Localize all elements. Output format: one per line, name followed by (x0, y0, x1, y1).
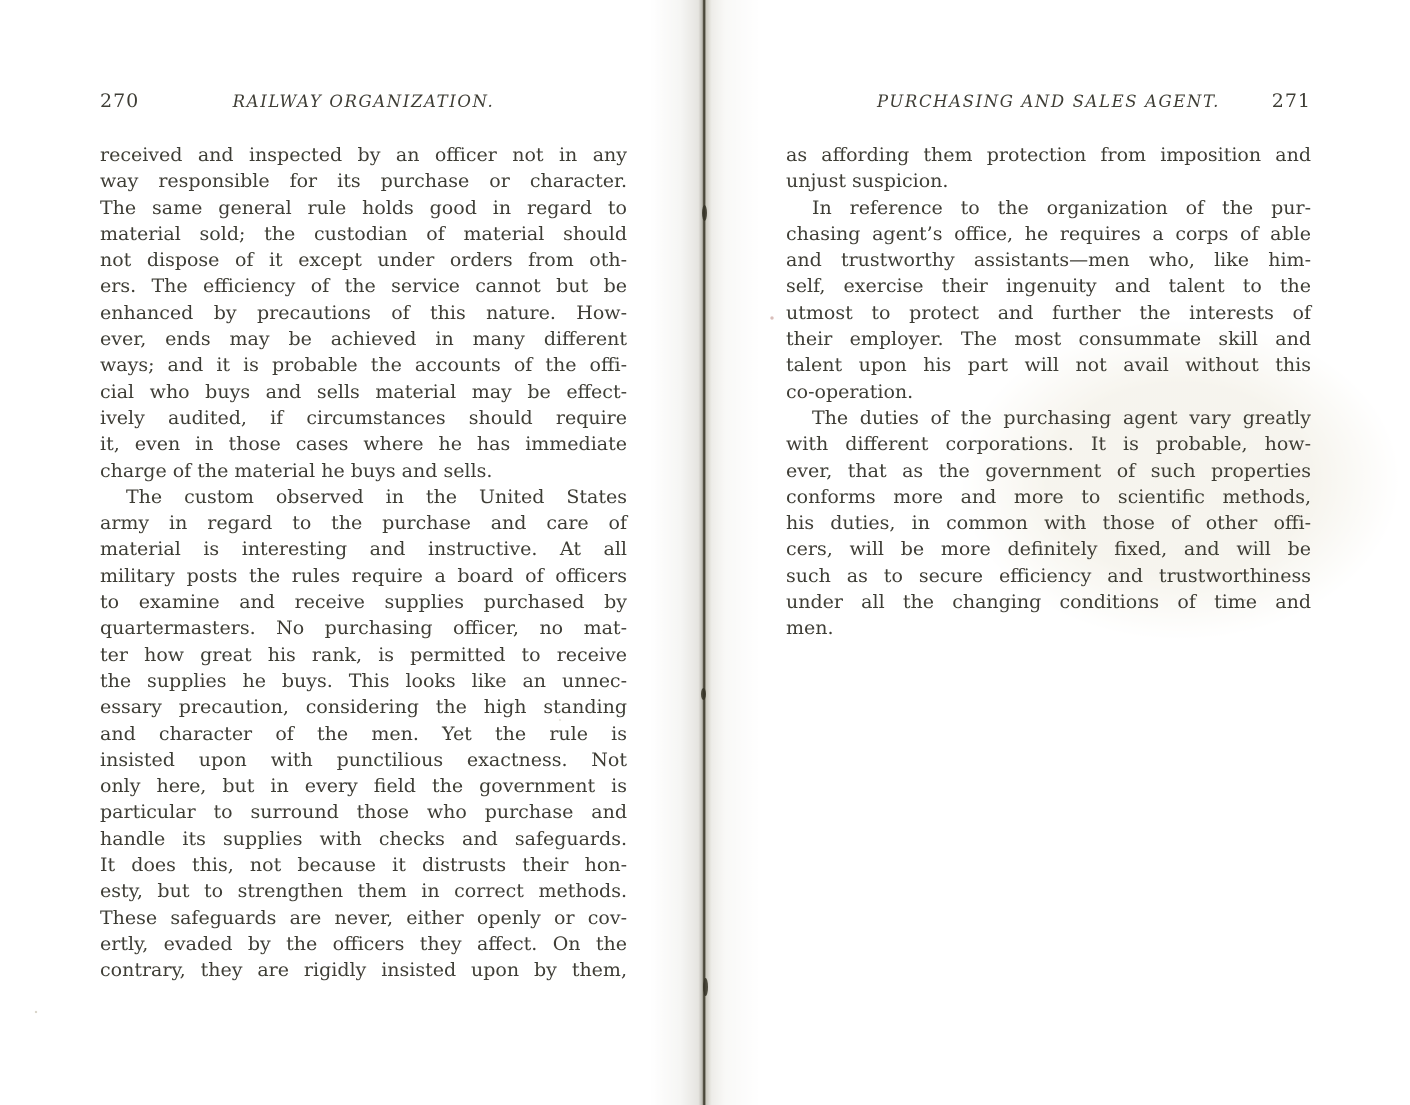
paragraph: received and inspected by an officer not… (100, 142, 627, 484)
text-line: only here, but in every field the govern… (100, 773, 627, 799)
text-line: army in regard to the purchase and care … (100, 510, 627, 536)
left-page-header: 270 RAILWAY ORGANIZATION. (100, 90, 627, 116)
gutter-fold-nick (701, 688, 706, 700)
right-page-header: PURCHASING AND SALES AGENT. 271 (786, 90, 1311, 116)
paragraph: as affording them protection from imposi… (786, 142, 1311, 195)
gutter-fold-nick (703, 978, 708, 996)
right-page-running-title: PURCHASING AND SALES AGENT. (877, 92, 1220, 111)
text-line: as affording them protection from imposi… (786, 142, 1311, 168)
text-line: self, exercise their ingenuity and talen… (786, 273, 1311, 299)
text-line: charge of the material he buys and sells… (100, 458, 627, 484)
text-line: it, even in those cases where he has imm… (100, 431, 627, 457)
text-line: particular to surround those who purchas… (100, 799, 627, 825)
left-page-running-title: RAILWAY ORGANIZATION. (233, 92, 495, 111)
text-line: The custom observed in the United States (100, 484, 627, 510)
paragraph: In reference to the organization of the … (786, 195, 1311, 405)
paragraph: The duties of the purchasing agent vary … (786, 405, 1311, 642)
text-line: talent upon his part will not avail with… (786, 352, 1311, 378)
text-line: under all the changing conditions of tim… (786, 589, 1311, 615)
text-line: not dispose of it except under orders fr… (100, 247, 627, 273)
text-line: their employer. The most consummate skil… (786, 326, 1311, 352)
text-line: essary precaution, considering the high … (100, 694, 627, 720)
text-line: utmost to protect and further the intere… (786, 300, 1311, 326)
text-line: and trustworthy assistants—men who, like… (786, 247, 1311, 273)
text-line: The same general rule holds good in rega… (100, 195, 627, 221)
text-line: cial who buys and sells material may be … (100, 379, 627, 405)
text-line: conforms more and more to scientific met… (786, 484, 1311, 510)
text-line: The duties of the purchasing agent vary … (786, 405, 1311, 431)
text-line: These safeguards are never, either openl… (100, 905, 627, 931)
text-line: handle its supplies with checks and safe… (100, 826, 627, 852)
text-line: way responsible for its purchase or char… (100, 168, 627, 194)
text-line: to examine and receive supplies purchase… (100, 589, 627, 615)
text-line: ever, ends may be achieved in many diffe… (100, 326, 627, 352)
text-line: ever, that as the government of such pro… (786, 458, 1311, 484)
text-line: received and inspected by an officer not… (100, 142, 627, 168)
text-line: his duties, in common with those of othe… (786, 510, 1311, 536)
text-line: co-operation. (786, 379, 1311, 405)
left-page: 270 RAILWAY ORGANIZATION. received and i… (100, 90, 627, 984)
paragraph: The custom observed in the United States… (100, 484, 627, 984)
text-line: the supplies he buys. This looks like an… (100, 668, 627, 694)
right-page: PURCHASING AND SALES AGENT. 271 as affor… (786, 90, 1311, 642)
text-line: ter how great his rank, is permitted to … (100, 642, 627, 668)
text-line: ertly, evaded by the officers they affec… (100, 931, 627, 957)
text-line: contrary, they are rigidly insisted upon… (100, 957, 627, 983)
text-line: and character of the men. Yet the rule i… (100, 721, 627, 747)
text-line: military posts the rules require a board… (100, 563, 627, 589)
text-line: with different corporations. It is proba… (786, 431, 1311, 457)
text-line: In reference to the organization of the … (786, 195, 1311, 221)
text-line: ively audited, if circumstances should r… (100, 405, 627, 431)
text-line: ways; and it is probable the accounts of… (100, 352, 627, 378)
text-line: esty, but to strengthen them in correct … (100, 878, 627, 904)
right-page-text: as affording them protection from imposi… (786, 142, 1311, 642)
text-line: insisted upon with punctilious exactness… (100, 747, 627, 773)
book-gutter-shadow (650, 0, 760, 1105)
text-line: cers, will be more definitely fixed, and… (786, 536, 1311, 562)
left-page-number: 270 (100, 90, 139, 112)
gutter-fold-nick (702, 205, 707, 221)
text-line: It does this, not because it distrusts t… (100, 852, 627, 878)
text-line: material is interesting and instructive.… (100, 536, 627, 562)
right-page-number: 271 (1272, 90, 1311, 112)
left-page-text: received and inspected by an officer not… (100, 142, 627, 984)
text-line: chasing agent’s office, he requires a co… (786, 221, 1311, 247)
text-line: material sold; the custodian of material… (100, 221, 627, 247)
text-line: unjust suspicion. (786, 168, 1311, 194)
text-line: ers. The efficiency of the service canno… (100, 273, 627, 299)
text-line: quartermasters. No purchasing officer, n… (100, 615, 627, 641)
text-line: men. (786, 615, 1311, 641)
text-line: enhanced by precautions of this nature. … (100, 300, 627, 326)
text-line: such as to secure efficiency and trustwo… (786, 563, 1311, 589)
